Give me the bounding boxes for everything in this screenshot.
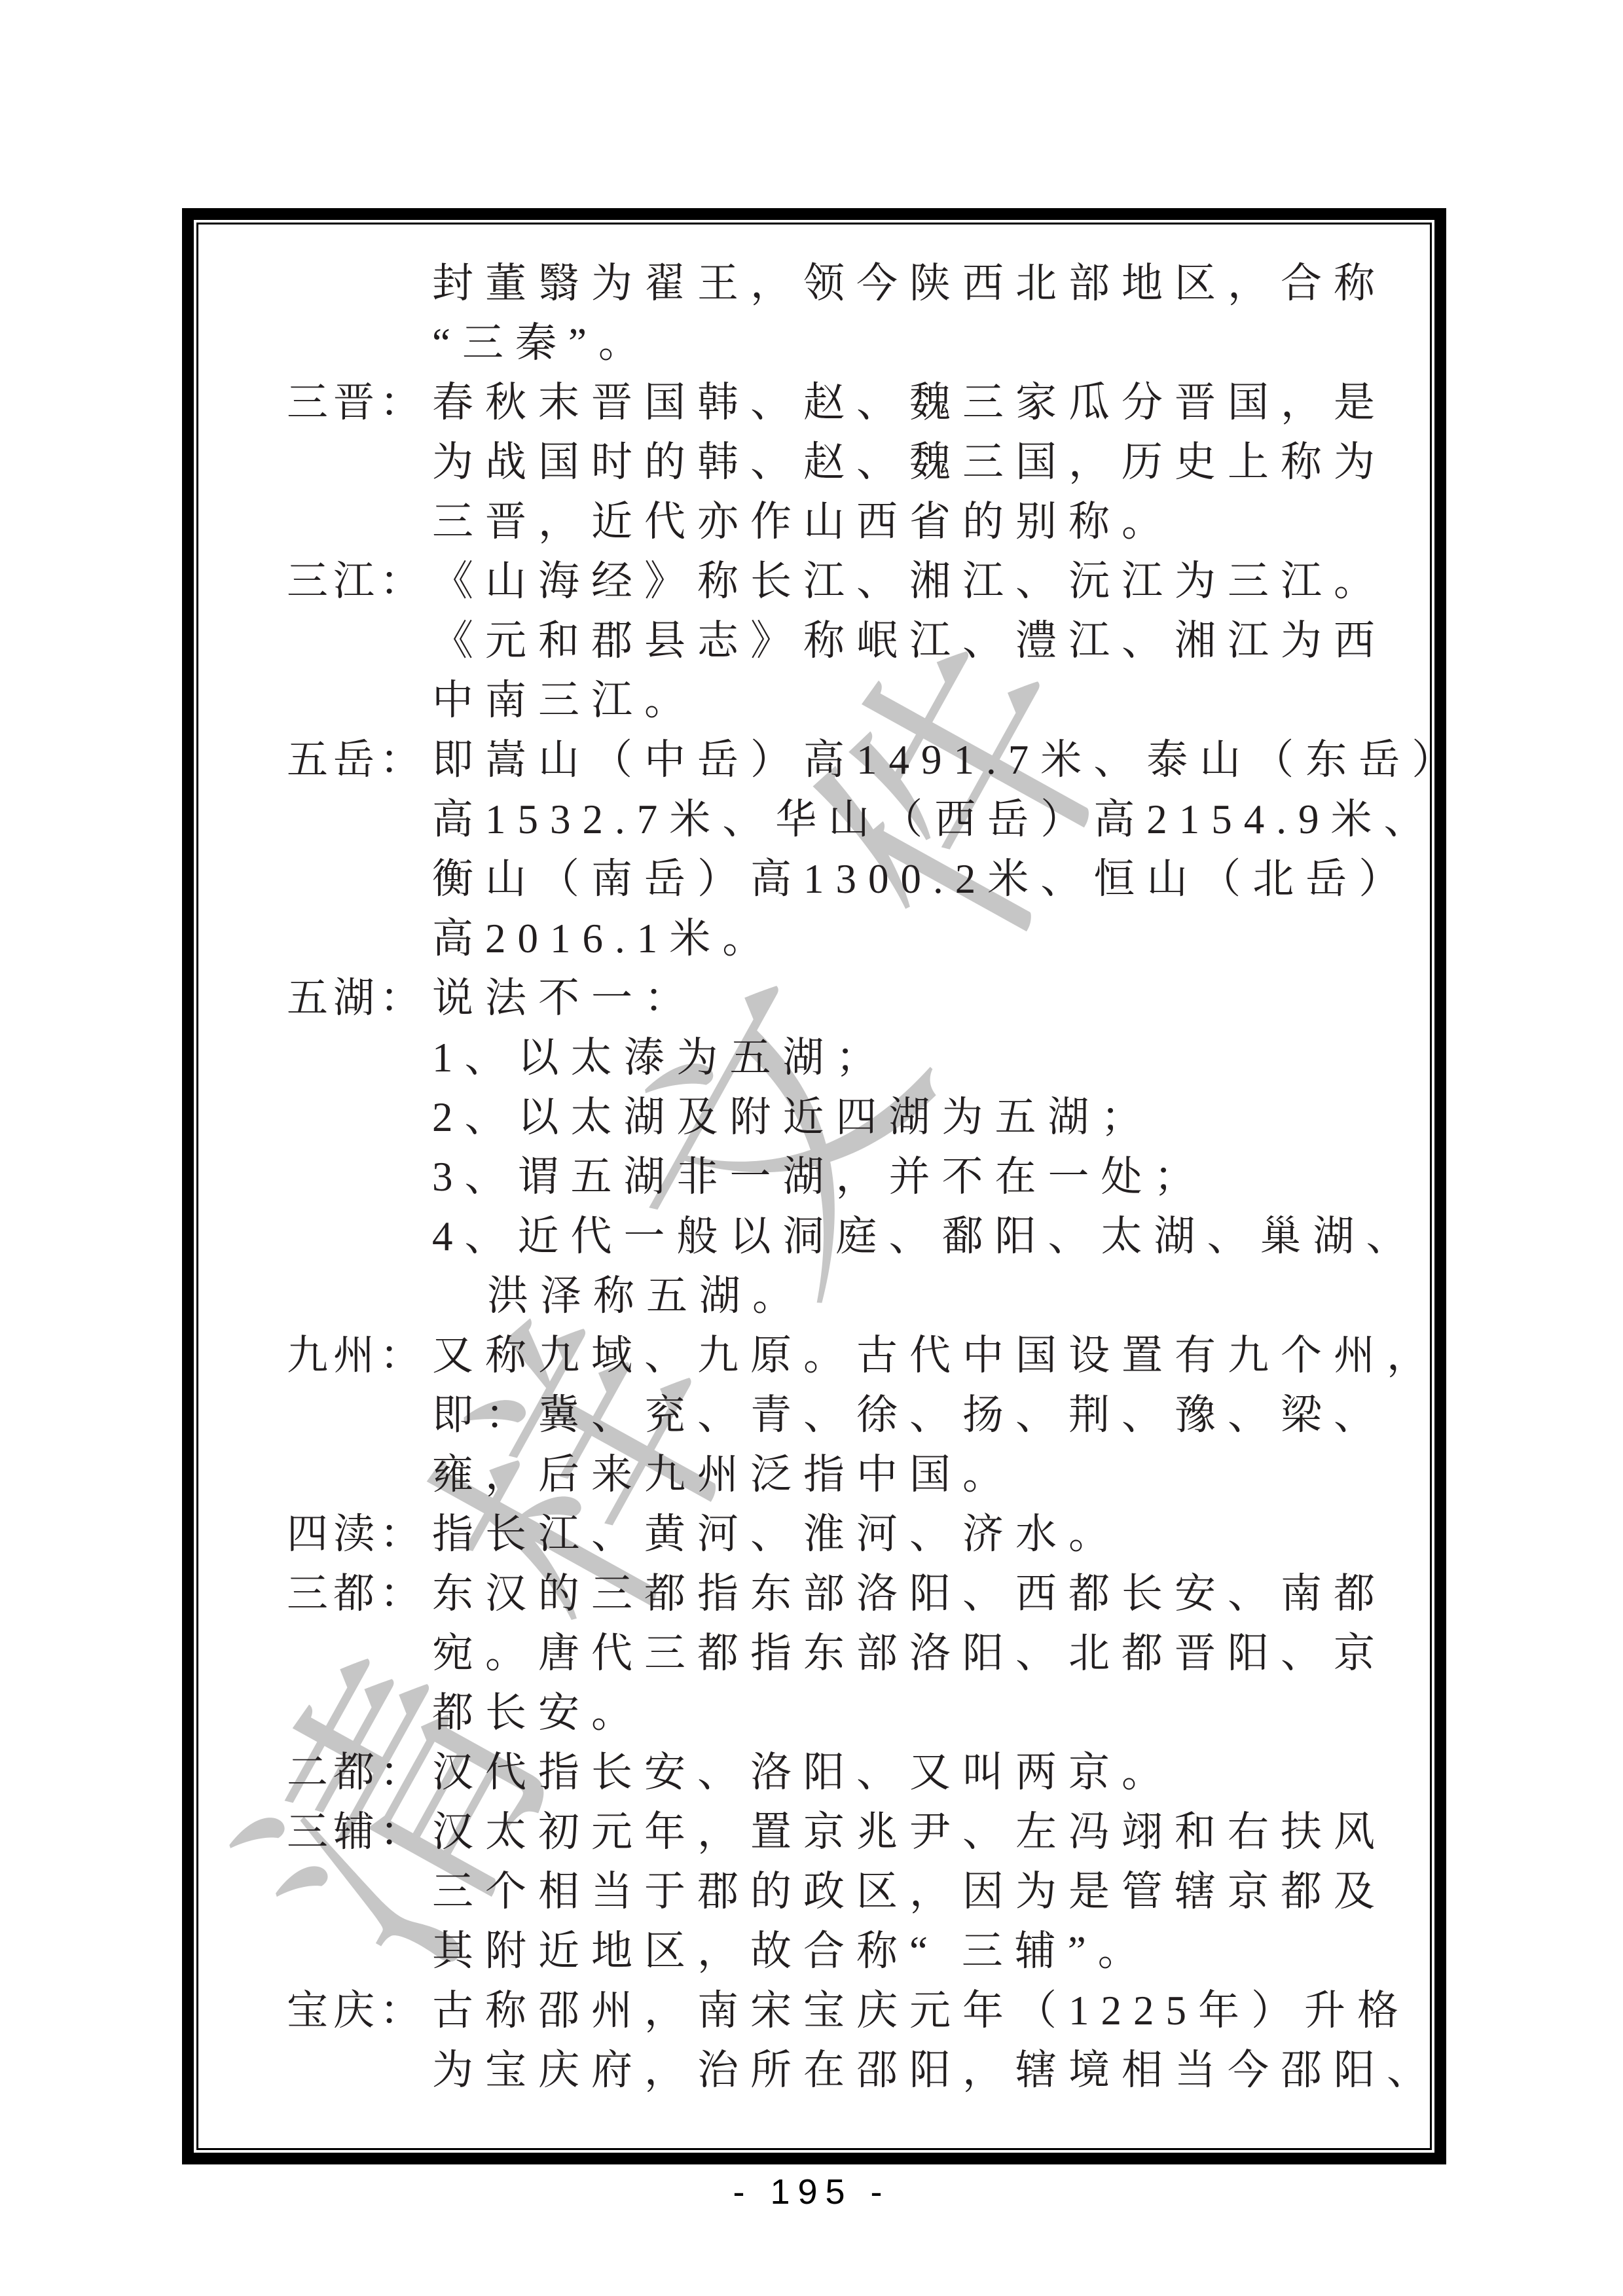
- definition-text: 为宝庆府，治所在邵阳，辖境相当今邵阳、: [432, 2041, 1440, 2100]
- definition-text: 中南三江。: [432, 671, 697, 730]
- glossary-line: 衡山（南岳）高1300.2米、恒山（北岳）: [0, 850, 1623, 909]
- term-label: 三辅：: [287, 1803, 426, 1862]
- definition-text: 春秋末晋国韩、赵、魏三家瓜分晋国，是: [432, 373, 1387, 433]
- glossary-line: 五岳：即嵩山（中岳）高1491.7米、泰山（东岳）: [0, 730, 1623, 790]
- glossary-line: 封董翳为翟王，领今陕西北部地区，合称: [0, 254, 1623, 314]
- definition-text: 《元和郡县志》称岷江、澧江、湘江为西: [432, 611, 1387, 671]
- glossary-line: 其附近地区，故合称“ 三辅”。: [0, 1922, 1623, 1981]
- definition-text: 封董翳为翟王，领今陕西北部地区，合称: [432, 254, 1387, 314]
- glossary-line: 三晋：春秋末晋国韩、赵、魏三家瓜分晋国，是: [0, 373, 1623, 433]
- glossary-line: 1、以太溙为五湖；: [0, 1028, 1623, 1088]
- definition-text: 3、谓五湖非一湖，并不在一处；: [432, 1147, 1207, 1207]
- definition-text: 雍，后来九州泛指中国。: [432, 1445, 1015, 1505]
- definition-text: 2、以太湖及附近四湖为五湖；: [432, 1088, 1154, 1147]
- definition-text: 又称九域、九原。古代中国设置有九个州，: [432, 1326, 1440, 1386]
- glossary-line: 2、以太湖及附近四湖为五湖；: [0, 1088, 1623, 1147]
- definition-text: “三秦”。: [432, 314, 651, 373]
- definition-text: 指长江、黄河、淮河、济水。: [432, 1505, 1122, 1564]
- definition-text: 东汉的三都指东部洛阳、西都长安、南都: [432, 1564, 1387, 1624]
- glossary-line: 4、近代一般以洞庭、鄱阳、太湖、巢湖、: [0, 1207, 1623, 1266]
- definition-text: 1、以太溙为五湖；: [432, 1028, 889, 1088]
- definition-text: 说法不一：: [432, 969, 697, 1028]
- glossary-line: 高1532.7米、华山（西岳）高2154.9米、: [0, 790, 1623, 850]
- glossary-line: 《元和郡县志》称岷江、澧江、湘江为西: [0, 611, 1623, 671]
- term-label: 五岳：: [287, 730, 426, 790]
- term-label: 四渎：: [287, 1505, 426, 1564]
- term-label: 五湖：: [287, 969, 426, 1028]
- glossary-line: 高2016.1米。: [0, 909, 1623, 969]
- term-label: 三都：: [287, 1564, 426, 1624]
- glossary-line: 三都：东汉的三都指东部洛阳、西都长安、南都: [0, 1564, 1623, 1624]
- definition-text: 即嵩山（中岳）高1491.7米、泰山（东岳）: [432, 730, 1465, 790]
- definition-text: 高1532.7米、华山（西岳）高2154.9米、: [432, 790, 1437, 850]
- glossary-line: 洪泽称五湖。: [0, 1266, 1623, 1326]
- definition-text: 宛。唐代三都指东部洛阳、北都晋阳、京: [432, 1624, 1387, 1683]
- glossary-line: 五湖：说法不一：: [0, 969, 1623, 1028]
- definition-text: 衡山（南岳）高1300.2米、恒山（北岳）: [432, 850, 1412, 909]
- glossary-line: 宛。唐代三都指东部洛阳、北都晋阳、京: [0, 1624, 1623, 1683]
- definition-text: 即：冀、兖、青、徐、扬、荆、豫、梁、: [432, 1386, 1387, 1445]
- glossary-line: 为战国时的韩、赵、魏三国，历史上称为: [0, 433, 1623, 492]
- term-label: 三晋：: [287, 373, 426, 433]
- definition-text: 都长安。: [432, 1683, 644, 1743]
- glossary-line: 即：冀、兖、青、徐、扬、荆、豫、梁、: [0, 1386, 1623, 1445]
- page-number: - 195 -: [0, 2172, 1623, 2212]
- definition-text: 洪泽称五湖。: [487, 1266, 805, 1326]
- definition-text: 为战国时的韩、赵、魏三国，历史上称为: [432, 433, 1387, 492]
- definition-text: 其附近地区，故合称“ 三辅”。: [432, 1922, 1151, 1981]
- term-label: 二都：: [287, 1743, 426, 1803]
- glossary-line: 宝庆：古称邵州，南宋宝庆元年（1225年）升格: [0, 1981, 1623, 2041]
- definition-text: 汉太初元年，置京兆尹、左冯翊和右扶风: [432, 1803, 1387, 1862]
- definition-text: 4、近代一般以洞庭、鄱阳、太湖、巢湖、: [432, 1207, 1419, 1266]
- glossary-line: 三辅：汉太初元年，置京兆尹、左冯翊和右扶风: [0, 1803, 1623, 1862]
- glossary-line: 九州：又称九域、九原。古代中国设置有九个州，: [0, 1326, 1623, 1386]
- glossary-line: 3、谓五湖非一湖，并不在一处；: [0, 1147, 1623, 1207]
- glossary-line: 雍，后来九州泛指中国。: [0, 1445, 1623, 1505]
- glossary-line: 三个相当于郡的政区，因为是管辖京都及: [0, 1862, 1623, 1922]
- glossary-line: 三晋，近代亦作山西省的别称。: [0, 492, 1623, 552]
- glossary-line: 为宝庆府，治所在邵阳，辖境相当今邵阳、: [0, 2041, 1623, 2100]
- glossary-line: “三秦”。: [0, 314, 1623, 373]
- definition-text: 高2016.1米。: [432, 909, 775, 969]
- definition-text: 汉代指长安、洛阳、又叫两京。: [432, 1743, 1175, 1803]
- glossary-line: 中南三江。: [0, 671, 1623, 730]
- term-label: 宝庆：: [287, 1981, 426, 2041]
- definition-text: 三晋，近代亦作山西省的别称。: [432, 492, 1175, 552]
- glossary-line: 二都：汉代指长安、洛阳、又叫两京。: [0, 1743, 1623, 1803]
- term-label: 九州：: [287, 1326, 426, 1386]
- glossary-line: 三江：《山海经》称长江、湘江、沅江为三江。: [0, 552, 1623, 611]
- definition-text: 《山海经》称长江、湘江、沅江为三江。: [432, 552, 1387, 611]
- glossary-line: 都长安。: [0, 1683, 1623, 1743]
- term-label: 三江：: [287, 552, 426, 611]
- definition-text: 三个相当于郡的政区，因为是管辖京都及: [432, 1862, 1387, 1922]
- glossary-text-block: 封董翳为翟王，领今陕西北部地区，合称“三秦”。三晋：春秋末晋国韩、赵、魏三家瓜分…: [0, 254, 1623, 2100]
- glossary-line: 四渎：指长江、黄河、淮河、济水。: [0, 1505, 1623, 1564]
- book-page: 清样文件 封董翳为翟王，领今陕西北部地区，合称“三秦”。三晋：春秋末晋国韩、赵、…: [0, 0, 1623, 2296]
- definition-text: 古称邵州，南宋宝庆元年（1225年）升格: [432, 1981, 1410, 2041]
